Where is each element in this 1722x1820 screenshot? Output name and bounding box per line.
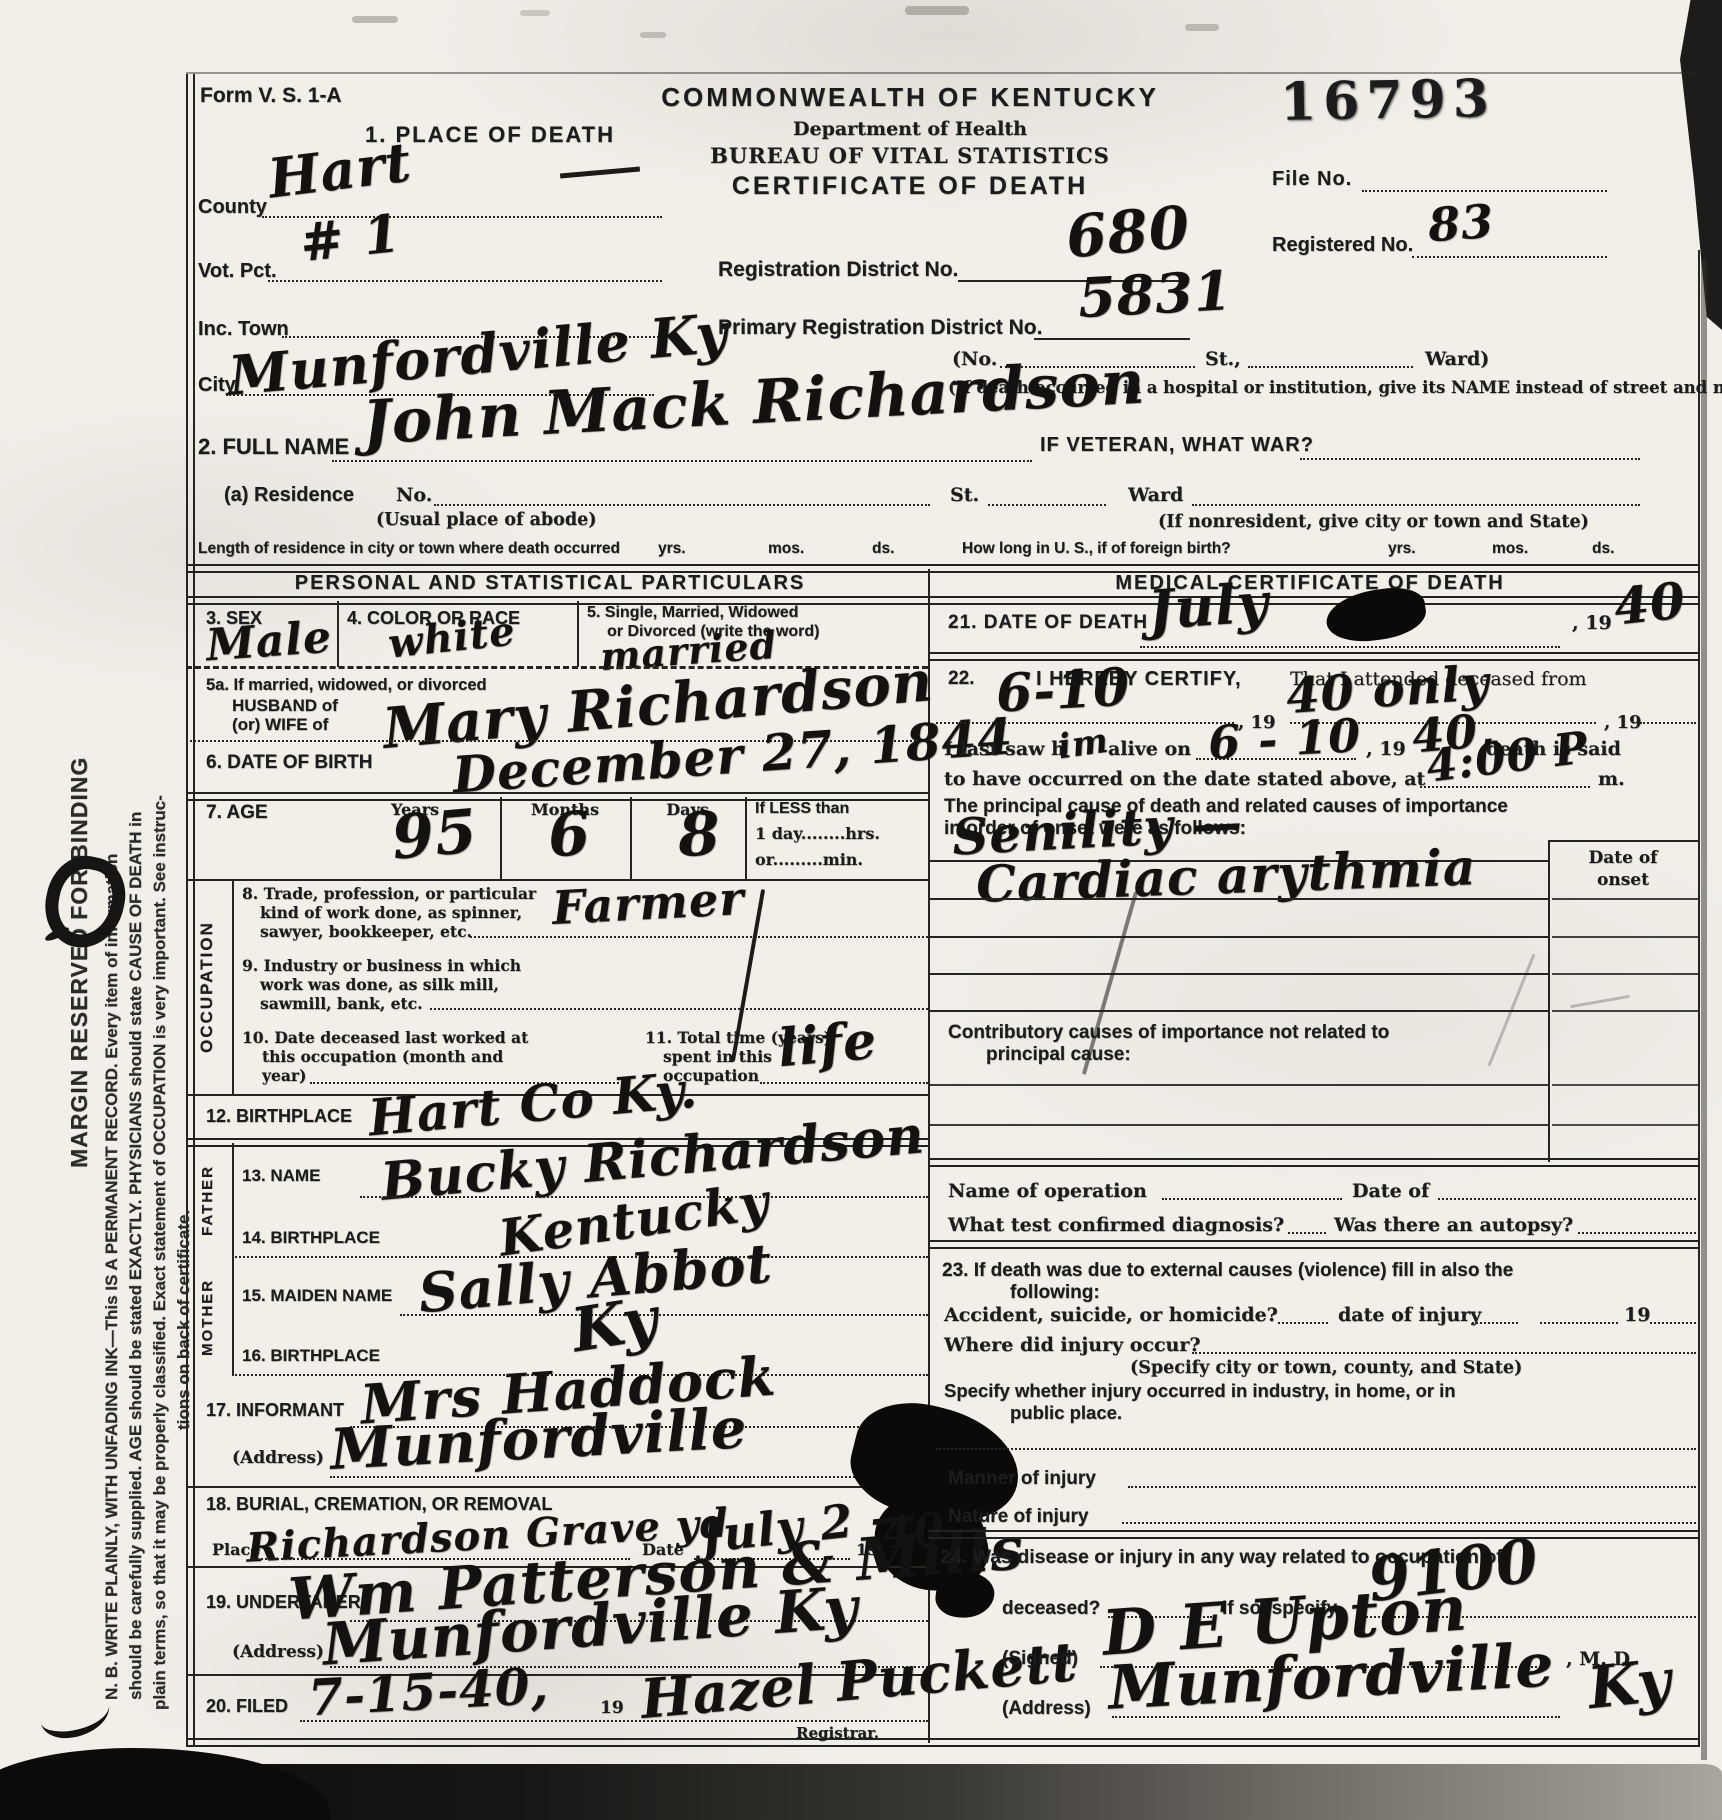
- cause-line-4: [928, 973, 1548, 975]
- informant-address-label: (Address): [232, 1448, 324, 1468]
- age-label: 7. AGE: [206, 802, 268, 824]
- mother-name-label: 15. MAIDEN NAME: [242, 1286, 392, 1306]
- contrib-line-1: [928, 1084, 1548, 1086]
- dob-label: 6. DATE OF BIRTH: [206, 752, 372, 774]
- filed-line: [300, 1720, 928, 1722]
- personal-title-line: [186, 596, 928, 605]
- residence-no-label: No.: [396, 484, 432, 506]
- last-saw-line: [1196, 758, 1356, 760]
- accident-line: [1278, 1322, 1328, 1324]
- reg-district-label: Registration District No.: [718, 258, 958, 282]
- industry-label-1: 9. Industry or business in which: [242, 956, 521, 975]
- date-injury-line-2: [1540, 1322, 1618, 1324]
- vot-pct-value: # 1: [297, 203, 404, 274]
- cause-line-2: [928, 898, 1548, 900]
- external-label-1: 23. If death was due to external causes …: [942, 1260, 1513, 1282]
- sex-color-divider: [337, 601, 339, 667]
- or-min-label: or.........min.: [755, 850, 863, 869]
- attended-line-3: [1640, 722, 1696, 724]
- deceased-label: deceased?: [1002, 1598, 1100, 1620]
- onset-stub-4: [1552, 1010, 1698, 1012]
- margin-curve-mark: [37, 1685, 113, 1741]
- test-label: What test confirmed diagnosis?: [948, 1214, 1284, 1236]
- scan-speck-4: [640, 32, 666, 38]
- title-certificate: CERTIFICATE OF DEATH: [620, 172, 1200, 201]
- physician-address-line: [1112, 1716, 1560, 1718]
- file-no-line: [1362, 190, 1607, 192]
- filed-date-value: 7-15-40,: [307, 1656, 551, 1728]
- full-name-line: [332, 460, 1032, 462]
- reg-district-value: 680: [1063, 193, 1193, 272]
- inc-town-label: Inc. Town: [198, 318, 289, 341]
- serial-stamp: 16793: [1279, 68, 1496, 133]
- age-divider-2: [630, 797, 632, 879]
- file-no-label: File No.: [1272, 168, 1352, 191]
- vot-pct-label: Vot. Pct.: [198, 260, 277, 283]
- contrib-bottom-line: [928, 1158, 1700, 1167]
- age-years-value: 95: [389, 796, 480, 873]
- residence-no-line: [434, 504, 930, 506]
- death-certificate-scan: MARGIN RESERVED FOR BINDING N. B. WRITE …: [0, 0, 1722, 1820]
- ward-token: Ward): [1425, 348, 1489, 370]
- specify-city-note: (Specify city or town, county, and State…: [1130, 1358, 1522, 1378]
- industry-label-2: work was done, as silk mill,: [260, 975, 499, 994]
- scan-speck-5: [520, 10, 550, 16]
- time-line: [1420, 786, 1590, 788]
- father-name-label: 13. NAME: [242, 1166, 320, 1186]
- signed-label: (Signed): [1002, 1648, 1078, 1670]
- where-injury-line: [1192, 1352, 1696, 1354]
- mother-bp-label: 16. BIRTHPLACE: [242, 1346, 380, 1366]
- onset-stub-6: [1552, 1124, 1698, 1126]
- us-ds: ds.: [1592, 540, 1614, 558]
- faint-mark-onset-2: [1570, 995, 1630, 1008]
- form-border-right: [1698, 250, 1700, 1746]
- dod-year-pre: , 19: [1572, 612, 1612, 634]
- autopsy-line: [1578, 1232, 1696, 1234]
- nature-line: [1122, 1522, 1696, 1524]
- m5a-label-2: HUSBAND of: [232, 696, 338, 716]
- one-day-label: 1 day........hrs.: [755, 824, 880, 843]
- onset-stub-5: [1552, 1084, 1698, 1086]
- date-injury-label: date of injury: [1338, 1304, 1481, 1326]
- title-department: Department of Health: [620, 118, 1200, 140]
- occurred-at-label: to have occurred on the date stated abov…: [944, 768, 1425, 790]
- physician-address-label: (Address): [1002, 1698, 1091, 1720]
- trade-line: [470, 936, 928, 938]
- injury-19-label: 19: [1624, 1304, 1650, 1326]
- veteran-label: IF VETERAN, WHAT WAR?: [1040, 434, 1314, 457]
- if-less-label: If LESS than: [755, 800, 849, 818]
- prim-reg-district-line: [1034, 338, 1190, 340]
- prim-reg-district-label: Primary Registration District No.: [718, 316, 1042, 340]
- him-value: im: [1055, 721, 1111, 768]
- contrib-label-1: Contributory causes of importance not re…: [948, 1022, 1389, 1044]
- trade-label-2: kind of work done, as spinner,: [260, 903, 522, 922]
- birthplace-label: 12. BIRTHPLACE: [206, 1106, 352, 1127]
- form-number: Form V. S. 1-A: [200, 84, 342, 108]
- form-border-left-inner: [193, 74, 195, 1746]
- informant-bottom-line: [186, 1486, 928, 1488]
- personal-title: PERSONAL AND STATISTICAL PARTICULARS: [220, 572, 880, 595]
- length-mos: mos.: [768, 540, 804, 558]
- test-line: [1288, 1232, 1326, 1234]
- registrar-label: Registrar.: [796, 1724, 879, 1742]
- nature-label: Nature of injury: [948, 1506, 1088, 1528]
- cause-line-5: [928, 1010, 1548, 1012]
- industry-label-3: sawmill, bank, etc.: [260, 994, 423, 1013]
- residence-st-line: [988, 504, 1106, 506]
- m-label: m.: [1598, 768, 1625, 790]
- medical-title: MEDICAL CERTIFICATE OF DEATH: [960, 572, 1660, 595]
- age-months-value: 6: [546, 799, 594, 872]
- age-divider-3: [745, 797, 747, 879]
- total-time-value: life: [776, 1010, 880, 1079]
- marital-label-1: 5. Single, Married, Widowed: [587, 604, 798, 622]
- whether-label-2: public place.: [1010, 1402, 1122, 1424]
- margin-instruction-line-1: N. B. WRITE PLAINLY, WITH UNFADING INK—T…: [102, 854, 122, 1700]
- onset-stub-3: [1552, 973, 1698, 975]
- residence-st-label: St.: [950, 484, 979, 506]
- title-commonwealth: COMMONWEALTH OF KENTUCKY: [620, 82, 1200, 113]
- filed-year-pre: 19: [600, 1698, 624, 1718]
- nature-bottom-line: [928, 1530, 1700, 1539]
- occupation-box-divider: [232, 879, 234, 1095]
- dod-line: [1140, 646, 1560, 648]
- margin-instruction-line-4: tions on back of certificate.: [174, 1210, 194, 1430]
- scan-speck-2: [905, 6, 969, 15]
- test-bottom-line: [928, 1240, 1700, 1249]
- last-saw-date-value: 6 - 10: [1207, 708, 1363, 770]
- scan-speck-1: [352, 16, 398, 23]
- margin-binding-note: MARGIN RESERVED FOR BINDING: [66, 757, 93, 1168]
- form-border-left-outer: [186, 74, 188, 1746]
- m5a-label-3: (or) WIFE of: [232, 715, 328, 735]
- scan-speck-3: [1185, 24, 1219, 31]
- title-bureau: BUREAU OF VITAL STATISTICS: [620, 143, 1200, 168]
- father-bp-label: 14. BIRTHPLACE: [242, 1228, 380, 1248]
- onset-box-top: [1548, 840, 1698, 842]
- medical-title-line: [928, 596, 1700, 605]
- external-label-2: following:: [1010, 1282, 1100, 1304]
- registered-no-label: Registered No.: [1272, 234, 1413, 257]
- trade-label-1: 8. Trade, profession, or particular: [242, 884, 536, 903]
- st-token-line: [1248, 366, 1413, 368]
- onset-label-2: onset: [1552, 870, 1694, 890]
- color-marital-divider: [577, 601, 579, 667]
- us-yrs: yrs.: [1388, 540, 1416, 558]
- total-time-line: [760, 1082, 928, 1084]
- dod-year-value: 40: [1611, 570, 1688, 636]
- full-name-label: 2. FULL NAME: [198, 434, 349, 460]
- operation-date-label: Date of: [1352, 1180, 1429, 1202]
- trade-label-3: sawyer, bookkeeper, etc.: [260, 922, 472, 941]
- attended-from-value: 6-10: [994, 657, 1131, 725]
- margin-instruction-line-3: plain terms, so that it may be properly …: [150, 795, 170, 1710]
- residence-ward-line: [1192, 504, 1640, 506]
- physician-address-state: Ky: [1585, 1646, 1675, 1722]
- length-yrs: yrs.: [658, 540, 686, 558]
- alive-on-label: alive on: [1108, 738, 1191, 760]
- last-saw-label: I last saw h: [944, 738, 1065, 760]
- sex-value: Male: [204, 612, 333, 672]
- age-divider-1: [500, 797, 502, 879]
- dod-month-value: July: [1146, 570, 1271, 642]
- operation-line: [1162, 1198, 1342, 1200]
- scan-blob-bottom-left: [0, 1748, 330, 1820]
- father-box-divider: [232, 1143, 234, 1258]
- whether-line: [936, 1448, 1696, 1450]
- autopsy-label: Was there an autopsy?: [1334, 1214, 1573, 1236]
- us-mos: mos.: [1492, 540, 1528, 558]
- registered-no-line: [1412, 256, 1607, 258]
- form-border-bottom: [186, 1738, 1700, 1747]
- father-vertical-label: FATHER: [199, 1146, 216, 1256]
- length-ds: ds.: [872, 540, 894, 558]
- last-worked-label-3: year): [262, 1066, 306, 1085]
- manner-label: Manner of injury: [948, 1468, 1096, 1490]
- scan-edge-right: [1701, 260, 1707, 1760]
- date-injury-line-1: [1472, 1322, 1518, 1324]
- undertaker-address-label: (Address): [232, 1642, 324, 1662]
- mother-box-divider: [232, 1258, 234, 1376]
- accident-label: Accident, suicide, or homicide?: [944, 1304, 1278, 1326]
- vot-pct-line: [268, 280, 662, 282]
- mother-vertical-label: MOTHER: [199, 1262, 216, 1374]
- informant-label: 17. INFORMANT: [206, 1400, 344, 1421]
- residence-ward-label: Ward: [1128, 484, 1183, 506]
- item22-label: 22.: [948, 668, 974, 690]
- operation-date-line: [1438, 1198, 1696, 1200]
- last-worked-label-2: this occupation (month and: [262, 1047, 503, 1066]
- age-days-value: 8: [676, 799, 722, 871]
- where-injury-label: Where did injury occur?: [944, 1334, 1201, 1356]
- trade-value: Farmer: [551, 871, 746, 935]
- veteran-line: [1300, 458, 1640, 460]
- whether-label-1: Specify whether injury occurred in indus…: [944, 1380, 1456, 1402]
- scan-smudge-top-right: [1652, 0, 1722, 330]
- margin-instruction-line-2: should be carefully supplied. AGE should…: [126, 812, 146, 1700]
- industry-line: [430, 1008, 928, 1010]
- prim-reg-district-value: 5831: [1076, 258, 1233, 330]
- operation-label: Name of operation: [948, 1180, 1147, 1202]
- last-worked-label-1: 10. Date deceased last worked at: [242, 1028, 528, 1047]
- cause-line-3: [928, 936, 1548, 938]
- manner-line: [1128, 1486, 1696, 1488]
- injury-19-line: [1650, 1322, 1696, 1324]
- onset-stub-2: [1552, 936, 1698, 938]
- dod-bottom-line: [928, 652, 1700, 661]
- contrib-line-2: [928, 1124, 1548, 1126]
- st-token: St.,: [1205, 348, 1241, 370]
- onset-stub-1: [1552, 898, 1698, 900]
- nonresident-note: (If nonresident, give city or town and S…: [1158, 512, 1589, 532]
- mother-name-line: [400, 1314, 928, 1316]
- how-long-us-label: How long in U. S., if of foreign birth?: [962, 540, 1231, 558]
- onset-label-1: Date of: [1552, 848, 1694, 868]
- county-label: County: [198, 196, 267, 219]
- length-residence-label: Length of residence in city or town wher…: [198, 540, 620, 558]
- onset-box-divider: [1548, 842, 1550, 1162]
- abode-note: (Usual place of abode): [376, 510, 597, 530]
- attended-to-pre: , 19: [1604, 712, 1642, 733]
- occupation-vertical-label: OCCUPATION: [197, 884, 217, 1090]
- dod-label: 21. DATE OF DEATH: [948, 612, 1148, 634]
- registered-no-value: 83: [1426, 194, 1496, 252]
- filed-label: 20. FILED: [206, 1696, 288, 1717]
- informant-address-line: [330, 1476, 870, 1478]
- contrib-label-2: principal cause:: [986, 1044, 1131, 1066]
- residence-label: (a) Residence: [224, 484, 354, 507]
- last-saw-year-pre: , 19: [1366, 738, 1406, 760]
